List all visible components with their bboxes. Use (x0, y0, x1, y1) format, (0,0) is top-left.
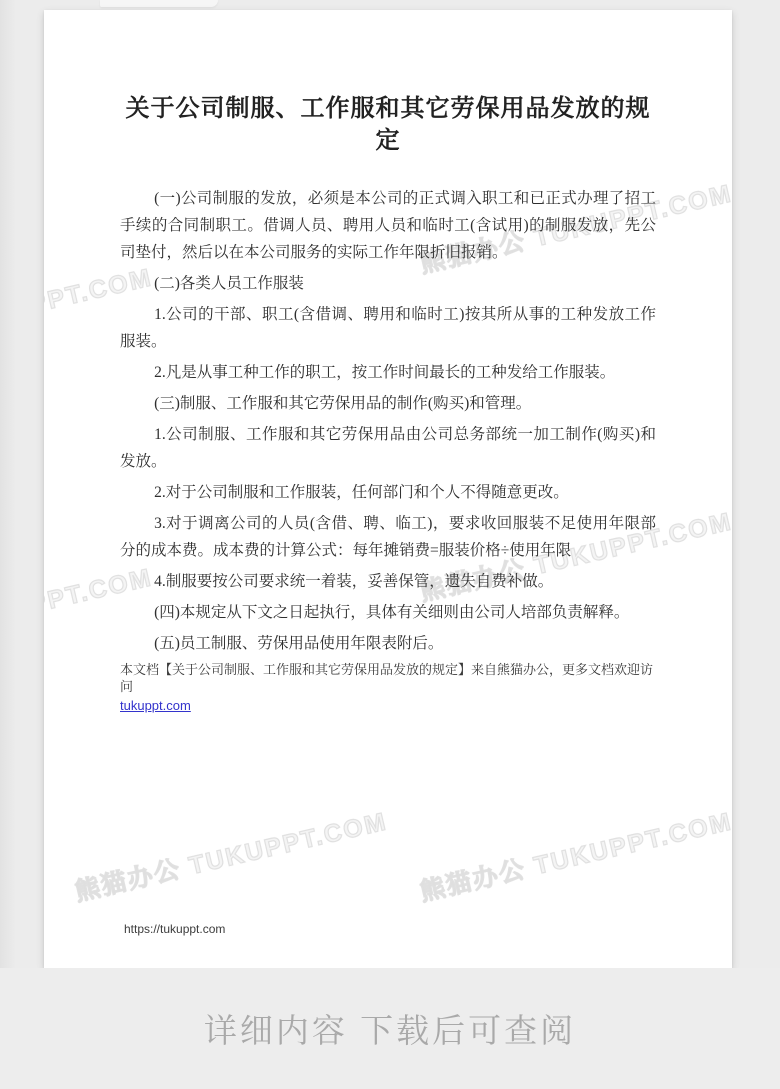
document-paragraph: 1.公司制服、工作服和其它劳保用品由公司总务部统一加工制作(购买)和发放。 (120, 421, 656, 475)
watermark-text: 熊猫办公 TUKUPPT.COM (416, 802, 732, 909)
document-paragraph: 2.对于公司制服和工作服装，任何部门和个人不得随意更改。 (120, 479, 656, 506)
watermark-text: 熊猫办公 TUKUPPT.COM (71, 802, 390, 909)
document-content: 关于公司制服、工作服和其它劳保用品发放的规定 (一)公司制服的发放，必须是本公司… (44, 10, 732, 715)
document-title: 关于公司制服、工作服和其它劳保用品发放的规定 (120, 93, 656, 157)
download-hint-bar: 详细内容 下载后可查阅 (0, 968, 780, 1089)
document-paragraph: 4.制服要按公司要求统一着装，妥善保管，遗失自费补做。 (120, 568, 656, 595)
document-paragraph: 1.公司的干部、职工(含借调、聘用和临时工)按其所从事的工种发放工作服装。 (120, 301, 656, 355)
document-paragraph: (五)员工制服、劳保用品使用年限表附后。 (120, 630, 656, 657)
document-paragraph: (二)各类人员工作服装 (120, 270, 656, 297)
previous-page-edge (100, 0, 218, 7)
tukuppt-link[interactable]: tukuppt.com (120, 697, 191, 714)
document-body: (一)公司制服的发放，必须是本公司的正式调入职工和已正式办理了招工手续的合同制职… (120, 185, 656, 657)
document-preview-screen: { "document": { "title": "关于公司制服、工作服和其它劳… (0, 0, 780, 1089)
document-paragraph: 3.对于调离公司的人员(含借、聘、临工)，要求收回服装不足使用年限部分的成本费。… (120, 510, 656, 564)
document-paragraph: 2.凡是从事工种工作的职工，按工作时间最长的工种发给工作服装。 (120, 359, 656, 386)
page-footer-url: https://tukuppt.com (124, 922, 225, 936)
document-page: 熊猫办公 TUKUPPT.COM熊猫办公 TUKUPPT.COM熊猫办公 TUK… (44, 10, 732, 968)
download-hint-label: 详细内容 下载后可查阅 (204, 1005, 576, 1052)
document-paragraph: (四)本规定从下文之日起执行，具体有关细则由公司人培部负责解释。 (120, 599, 656, 626)
document-paragraph: (一)公司制服的发放，必须是本公司的正式调入职工和已正式办理了招工手续的合同制职… (120, 185, 656, 266)
document-footnote: 本文档【关于公司制服、工作服和其它劳保用品发放的规定】来自熊猫办公，更多文档欢迎… (120, 661, 656, 695)
document-paragraph: (三)制服、工作服和其它劳保用品的制作(购买)和管理。 (120, 390, 656, 417)
